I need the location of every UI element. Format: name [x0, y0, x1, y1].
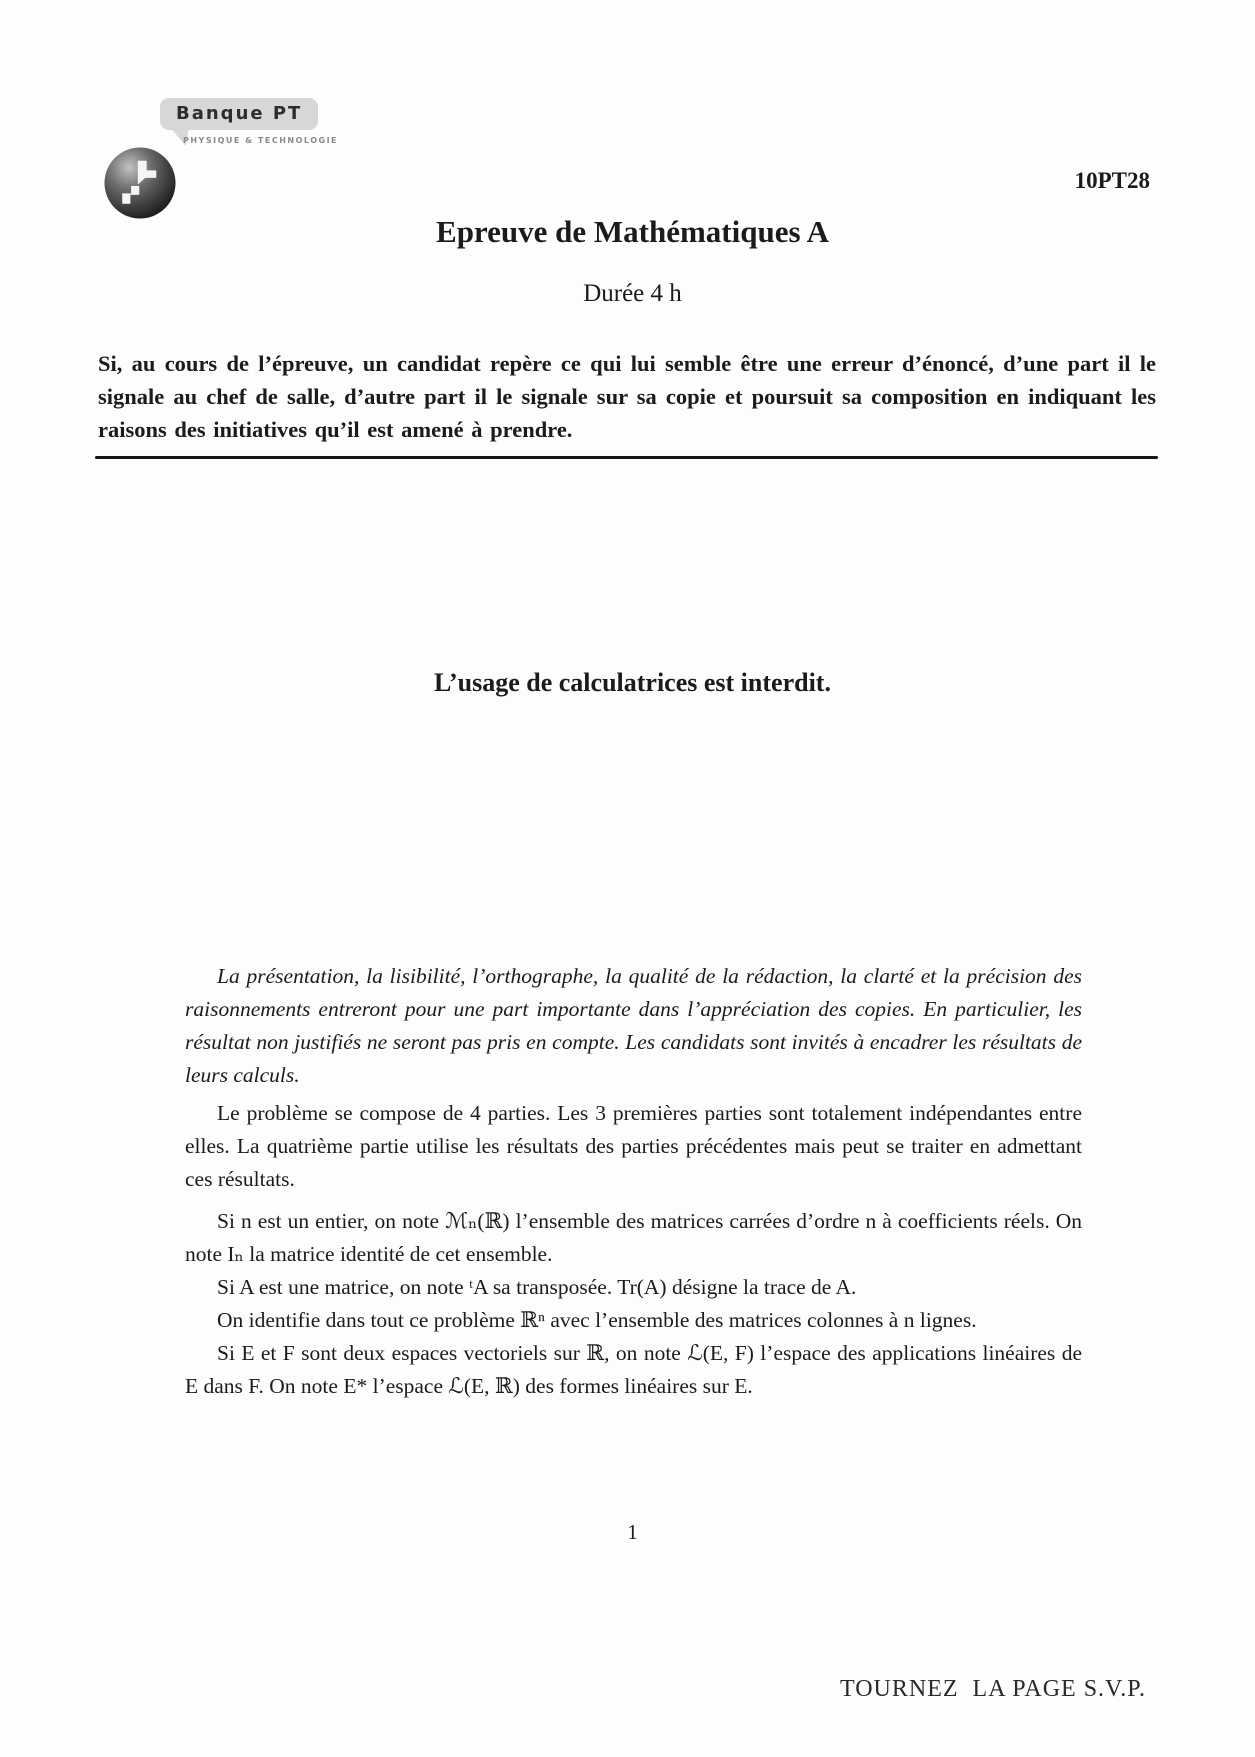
- notation-paragraph-3: On identifie dans tout ce problème ℝⁿ av…: [185, 1304, 1082, 1337]
- banque-pt-name: Banque PT: [176, 103, 302, 124]
- exam-duration: Durée 4 h: [185, 280, 1080, 308]
- exam-code: 10PT28: [0, 168, 1150, 194]
- notation-paragraph-1: Si n est un entier, on note ℳₙ(ℝ) l’ense…: [185, 1205, 1082, 1271]
- problem-structure-paragraph: Le problème se compose de 4 parties. Les…: [185, 1097, 1082, 1196]
- banque-pt-tagline: PHYSIQUE & TECHNOLOGIE: [183, 136, 338, 145]
- presentation-paragraph: La présentation, la lisibilité, l’orthog…: [185, 960, 1082, 1092]
- notation-paragraph-2: Si A est une matrice, on note ᵗA sa tran…: [185, 1271, 1082, 1304]
- banque-pt-bubble: Banque PT: [160, 98, 318, 130]
- exam-page: Banque PT PHYSIQUE & TECHNOLOGIE 10PT28 …: [0, 0, 1255, 1757]
- notation-paragraph-4: Si E et F sont deux espaces vectoriels s…: [185, 1337, 1082, 1403]
- error-notice-paragraph: Si, au cours de l’épreuve, un candidat r…: [98, 347, 1156, 446]
- turn-page-footer: TOURNEZ LA PAGE S.V.P.: [840, 1676, 1146, 1703]
- no-calculator-notice: L’usage de calculatrices est interdit.: [185, 668, 1080, 698]
- page-number: 1: [185, 1520, 1080, 1545]
- banque-pt-logo: Banque PT PHYSIQUE & TECHNOLOGIE: [103, 90, 353, 225]
- page-title: Epreuve de Mathématiques A: [185, 214, 1080, 250]
- notation-section: Si n est un entier, on note ℳₙ(ℝ) l’ense…: [185, 1205, 1082, 1403]
- divider-line: [95, 456, 1158, 459]
